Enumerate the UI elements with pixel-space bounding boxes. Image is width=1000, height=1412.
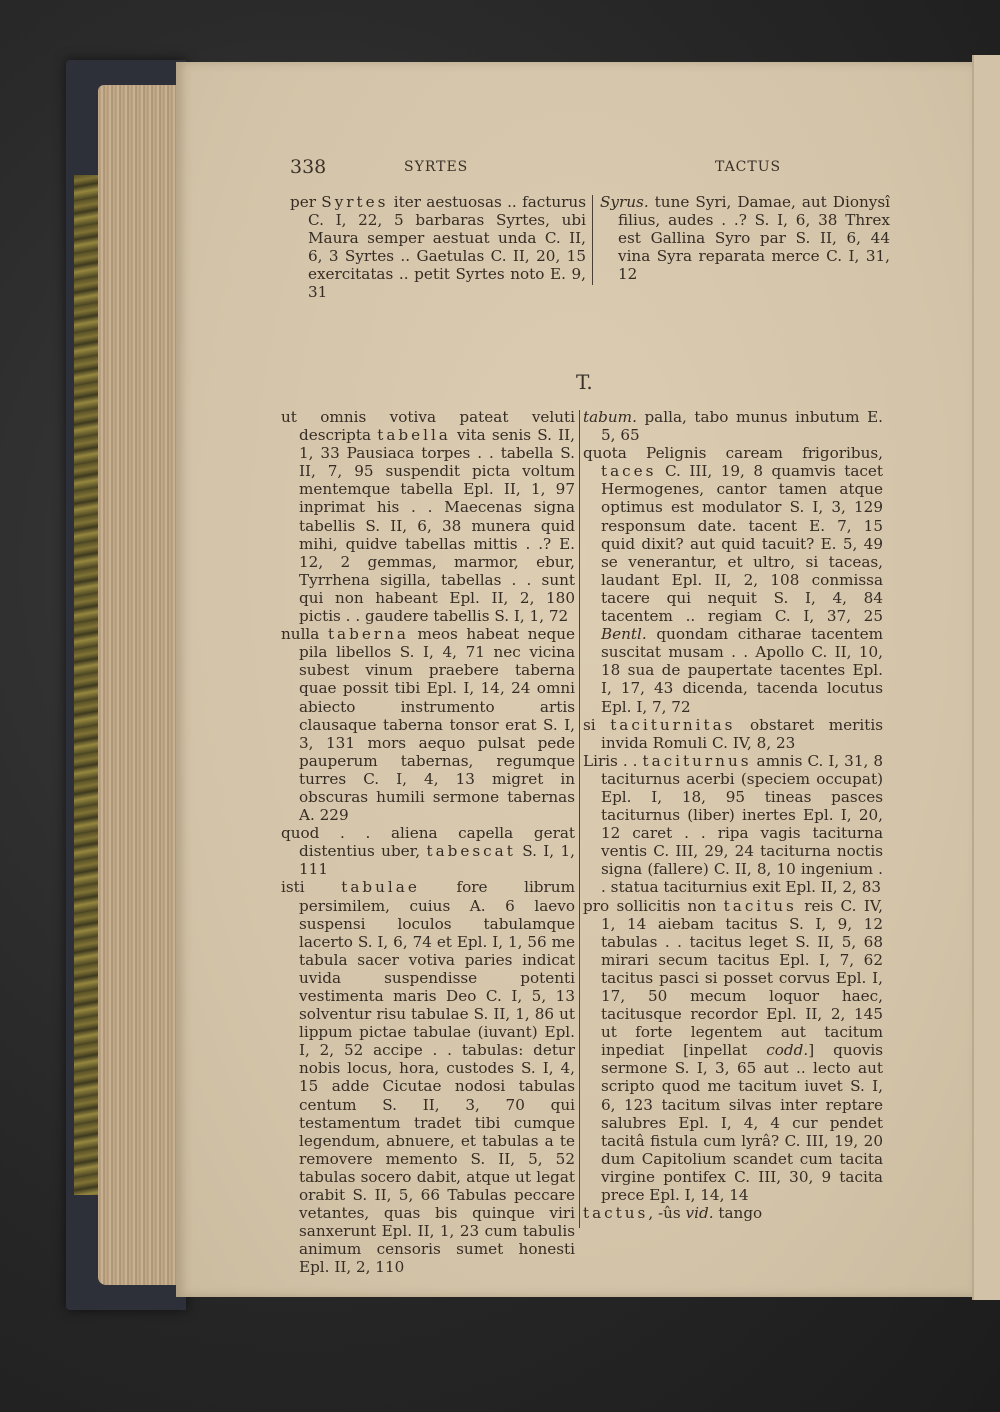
dictionary-entry: Syrus. tune Syri, Damae, aut Dionysî fil… — [600, 193, 890, 283]
page-edges — [98, 85, 178, 1285]
dictionary-entry: pro sollicitis non tacitus reis C. IV, 1… — [583, 897, 883, 1205]
column-divider — [592, 195, 593, 285]
running-head-left: SYRTES — [404, 159, 468, 175]
column-divider — [579, 410, 580, 1228]
dictionary-entry: tactus, -ûs vid. tango — [583, 1204, 883, 1222]
dictionary-entry: nulla taberna meos habeat neque pila lib… — [281, 625, 575, 824]
top-right-column: Syrus. tune Syri, Damae, aut Dionysî fil… — [600, 193, 890, 283]
section-letter: T. — [576, 370, 593, 394]
running-head-right: TACTUS — [715, 159, 781, 175]
dictionary-entry: isti tabulae fore librum persimilem, cui… — [281, 878, 575, 1276]
dictionary-entry: Liris . . taciturnus amnis C. I, 31, 8 t… — [583, 752, 883, 897]
bottom-left-column: ut omnis votiva pateat veluti descripta … — [281, 408, 575, 1277]
page-number: 338 — [290, 156, 326, 178]
dictionary-entry: ut omnis votiva pateat veluti descripta … — [281, 408, 575, 625]
dictionary-entry: si taciturnitas obstaret meritis invida … — [583, 716, 883, 752]
top-left-column: per Syrtes iter aestuosas .. facturus C.… — [290, 193, 586, 302]
dictionary-entry: quod . . aliena capella gerat distentius… — [281, 824, 575, 878]
facing-page-edge — [972, 55, 1000, 1300]
dictionary-entry: tabum. palla, tabo munus inbutum E. 5, 6… — [583, 408, 883, 444]
bottom-right-column: tabum. palla, tabo munus inbutum E. 5, 6… — [583, 408, 883, 1222]
running-head: 338 SYRTES TACTUS — [290, 156, 850, 178]
dictionary-entry: quota Pelignis caream frigoribus, taces … — [583, 444, 883, 715]
dictionary-entry: per Syrtes iter aestuosas .. facturus C.… — [290, 193, 586, 302]
